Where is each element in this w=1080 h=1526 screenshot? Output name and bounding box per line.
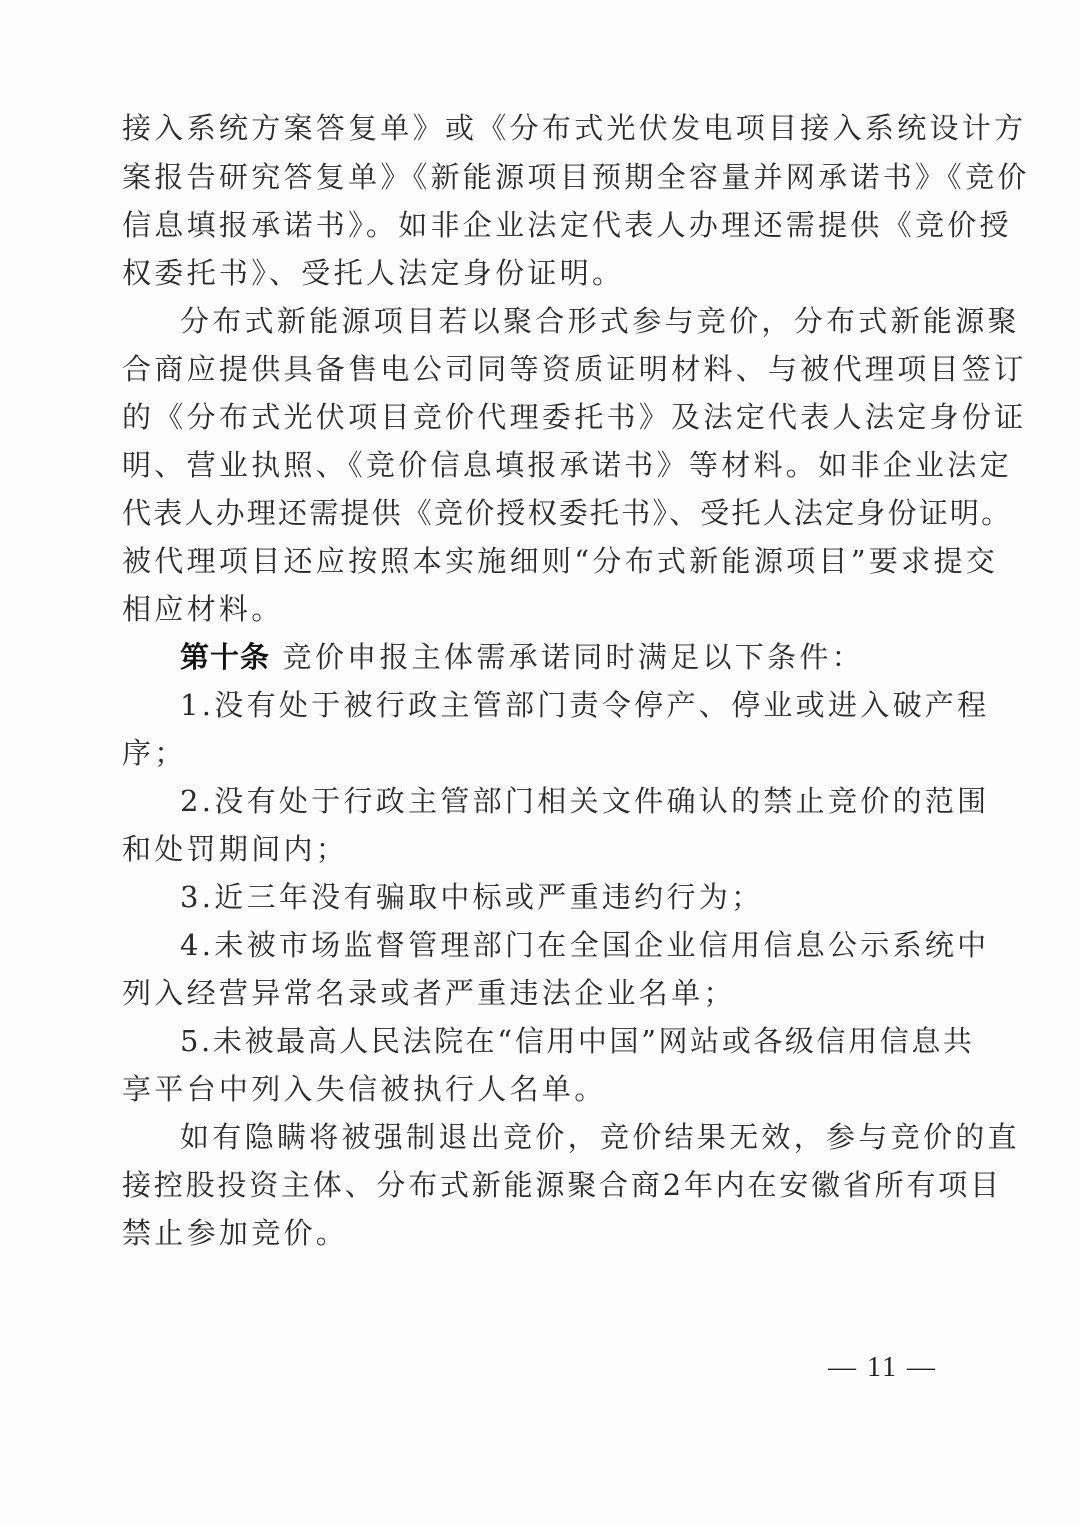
page-number: — 11 — [828,1352,937,1384]
paragraph-start: 如有隐瞒将被强制退出竞价，竞价结果无效，参与竞价的直 [180,1117,930,1157]
text-line: 代表人办理还需提供《竞价授权委托书》、受托人法定身份证明。 [122,493,930,533]
text-line: 享平台中列入失信被执行人名单。 [122,1069,930,1109]
text-line: 序； [122,733,930,773]
article-10-line: 第十条 竞价申报主体需承诺同时满足以下条件： [180,637,930,677]
condition-item: 2.没有处于行政主管部门相关文件确认的禁止竞价的范围 [180,781,930,821]
text-line: 的《分布式光伏项目竞价代理委托书》及法定代表人法定身份证 [122,397,930,437]
text-line: 列入经营异常名录或者严重违法企业名单； [122,973,930,1013]
condition-item: 1.没有处于被行政主管部门责令停产、停业或进入破产程 [180,685,930,725]
document-page: 接入系统方案答复单》或《分布式光伏发电项目接入系统设计方 案报告研究答复单》《新… [0,0,1080,1526]
article-intro: 竞价申报主体需承诺同时满足以下条件： [283,640,864,674]
text-line: 接入系统方案答复单》或《分布式光伏发电项目接入系统设计方 [122,108,930,148]
text-line: 信息填报承诺书》。如非企业法定代表人办理还需提供《竞价授 [122,205,930,245]
condition-item: 4.未被市场监督管理部门在全国企业信用信息公示系统中 [180,925,930,965]
text-line: 和处罚期间内； [122,829,930,869]
text-line: 相应材料。 [122,589,930,629]
condition-item: 3.近三年没有骗取中标或严重违约行为； [180,877,930,917]
text-line: 禁止参加竞价。 [122,1213,930,1253]
text-line: 明、营业执照、《竞价信息填报承诺书》等材料。如非企业法定 [122,445,930,485]
text-line: 接控股投资主体、分布式新能源聚合商2年内在安徽省所有项目 [122,1165,930,1205]
paragraph-start: 分布式新能源项目若以聚合形式参与竞价，分布式新能源聚 [180,301,930,341]
condition-item: 5.未被最高人民法院在“信用中国”网站或各级信用信息共 [180,1021,930,1061]
text-line: 权委托书》、受托人法定身份证明。 [122,253,930,293]
text-line: 案报告研究答复单》《新能源项目预期全容量并网承诺书》《竞价 [122,157,930,197]
text-line: 合商应提供具备售电公司同等资质证明材料、与被代理项目签订 [122,349,930,389]
article-heading: 第十条 [180,640,270,674]
text-line: 被代理项目还应按照本实施细则“分布式新能源项目”要求提交 [122,541,930,581]
